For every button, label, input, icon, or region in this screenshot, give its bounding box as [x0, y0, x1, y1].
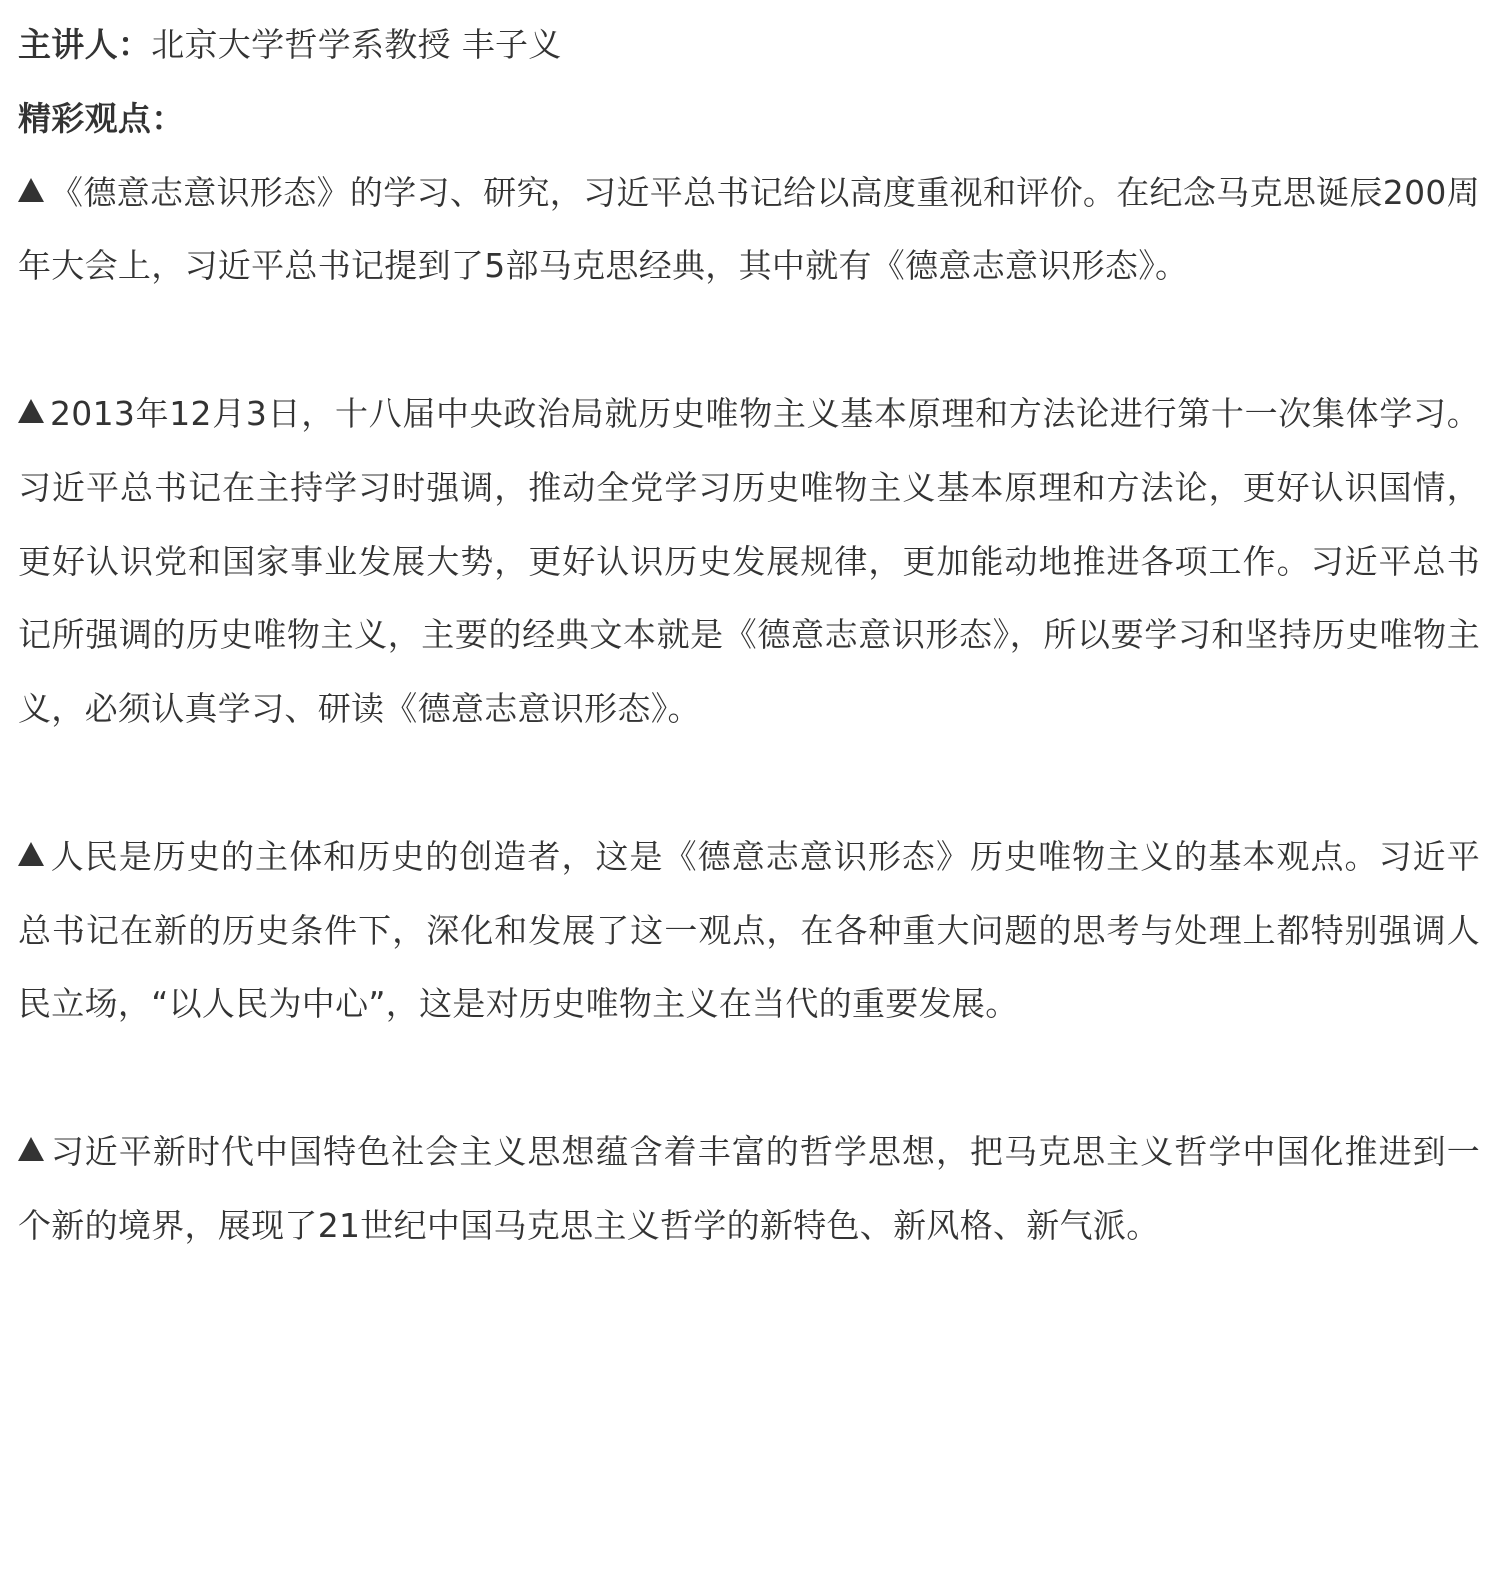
speaker-name: 北京大学哲学系教授 丰子义 — [151, 25, 561, 64]
highlight-point: 2013年12月3日，十八届中央政治局就历史唯物主义基本原理和方法论进行第十一次… — [18, 377, 1480, 746]
highlight-point-text: 习近平新时代中国特色社会主义思想蕴含着丰富的哲学思想，把马克思主义哲学中国化推进… — [18, 1132, 1480, 1245]
highlights-heading: 精彩观点： — [18, 82, 1480, 156]
highlight-point-text: 《德意志意识形态》的学习、研究，习近平总书记给以高度重视和评价。在纪念马克思诞辰… — [18, 173, 1480, 286]
highlight-point-text: 人民是历史的主体和历史的创造者，这是《德意志意识形态》历史唯物主义的基本观点。习… — [18, 837, 1480, 1024]
highlight-point: 人民是历史的主体和历史的创造者，这是《德意志意识形态》历史唯物主义的基本观点。习… — [18, 820, 1480, 1041]
triangle-bullet-icon — [18, 399, 44, 423]
triangle-bullet-icon — [18, 178, 44, 202]
triangle-bullet-icon — [18, 842, 44, 866]
speaker-line: 主讲人：北京大学哲学系教授 丰子义 — [18, 8, 1480, 82]
article-body: 主讲人：北京大学哲学系教授 丰子义 精彩观点： 《德意志意识形态》的学习、研究，… — [18, 8, 1480, 1263]
highlight-point-text: 2013年12月3日，十八届中央政治局就历史唯物主义基本原理和方法论进行第十一次… — [18, 394, 1480, 728]
highlight-point: 《德意志意识形态》的学习、研究，习近平总书记给以高度重视和评价。在纪念马克思诞辰… — [18, 156, 1480, 304]
highlight-point: 习近平新时代中国特色社会主义思想蕴含着丰富的哲学思想，把马克思主义哲学中国化推进… — [18, 1115, 1480, 1263]
speaker-label: 主讲人： — [18, 25, 151, 64]
triangle-bullet-icon — [18, 1137, 44, 1161]
